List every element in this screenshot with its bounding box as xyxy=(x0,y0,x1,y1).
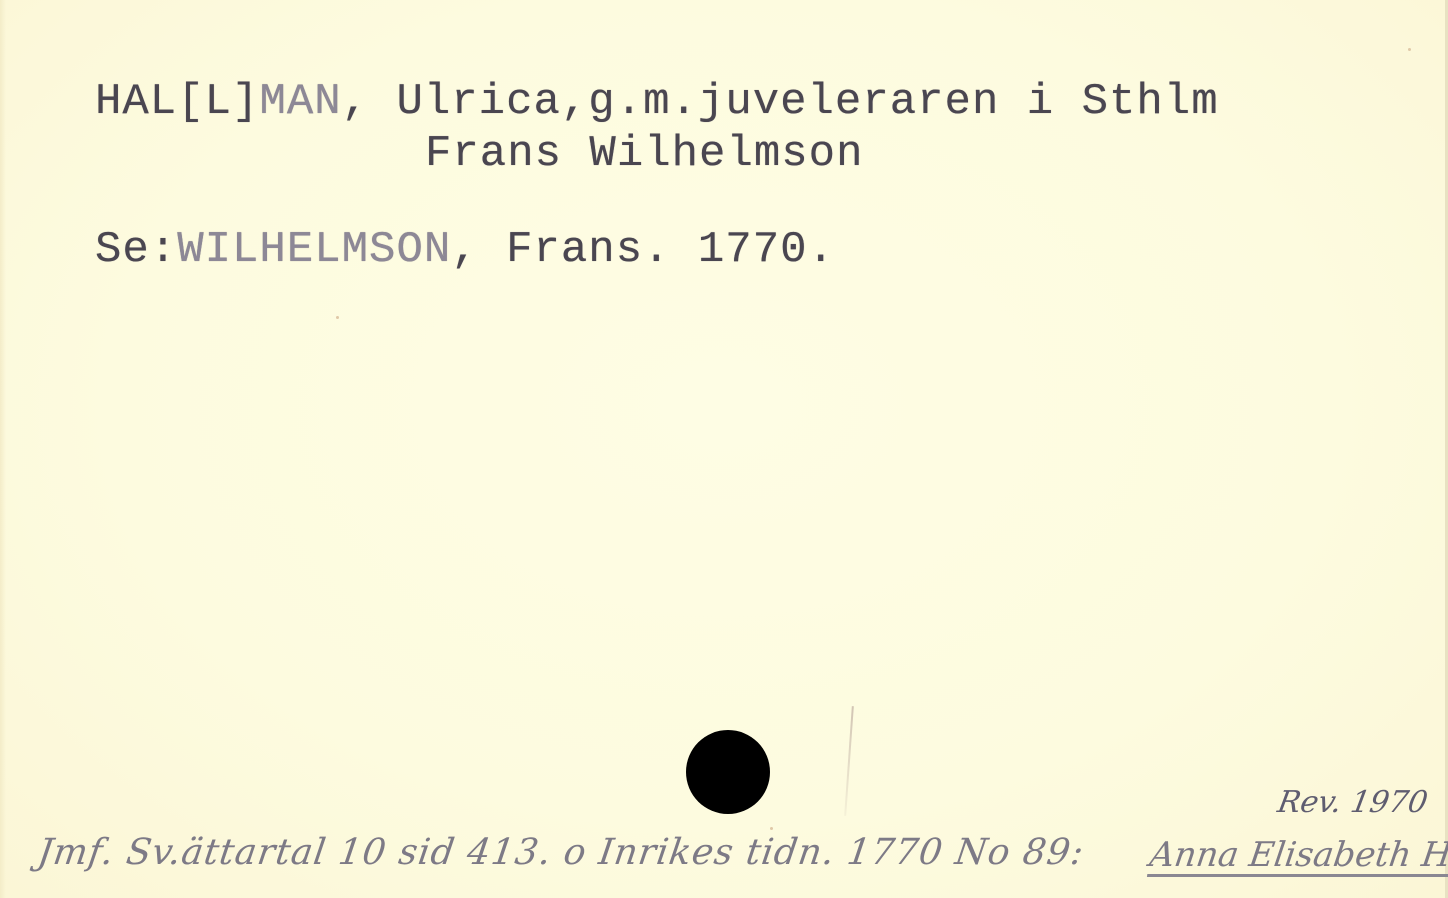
entry-description: , Ulrica,g.m.juveleraren i Sthlm xyxy=(342,77,1219,127)
spouse-name: Frans Wilhelmson xyxy=(425,129,863,179)
see-label: Se: xyxy=(95,225,177,275)
typed-entry-heading: HAL[L]MAN, Ulrica,g.m.juveleraren i Sthl… xyxy=(95,80,1219,124)
underlined-name: Anna Elisabeth H xyxy=(1147,835,1448,875)
punch-hole xyxy=(686,730,770,814)
handwritten-reference-note: Jmf. Sv.ättartal 10 sid 413. o Inrikes t… xyxy=(35,835,1086,871)
paper-speck xyxy=(336,316,339,319)
revision-note: Rev. 1970 xyxy=(1275,788,1429,818)
typed-entry-spouse: Frans Wilhelmson xyxy=(425,132,863,176)
index-card: HAL[L]MAN, Ulrica,g.m.juveleraren i Sthl… xyxy=(0,0,1448,898)
paper-crease-mark xyxy=(844,706,854,816)
see-name-faded: WILHELMSON xyxy=(177,225,451,275)
typed-cross-reference: Se:WILHELMSON, Frans. 1770. xyxy=(95,228,835,272)
handwritten-name-annotation: Anna Elisabeth H xyxy=(1148,838,1448,872)
paper-speck xyxy=(1408,48,1411,51)
surname-prefix: HAL[L] xyxy=(95,77,259,127)
see-reference-rest: , Frans. 1770. xyxy=(451,225,835,275)
paper-speck xyxy=(770,827,773,830)
card-left-edge xyxy=(0,0,6,898)
surname-faded: MAN xyxy=(259,77,341,127)
